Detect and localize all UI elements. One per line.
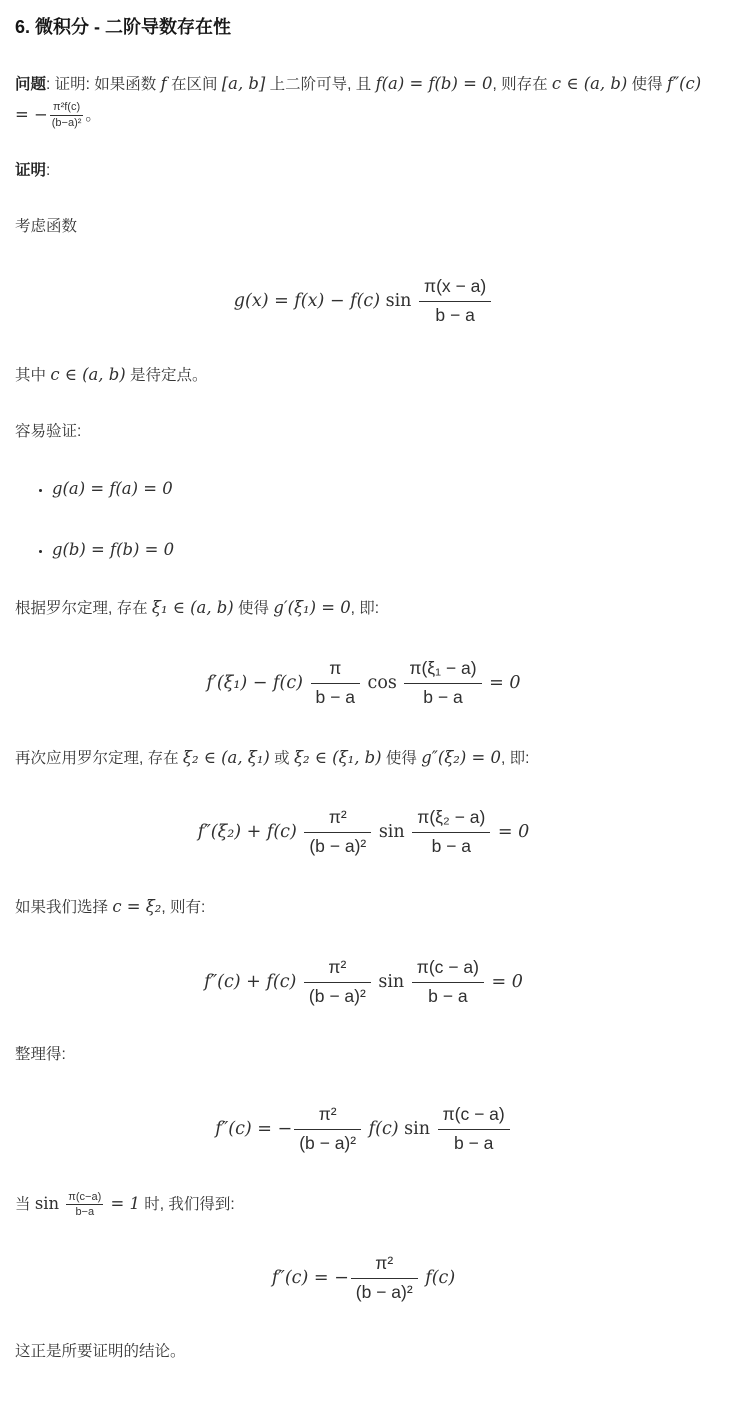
math-segment: f(c) <box>420 1268 456 1288</box>
math-segment: f′(ξ₁) − f(c) <box>206 673 308 693</box>
math-segment: f″(c) = − <box>272 1268 349 1288</box>
fraction: π(ξ₂ − a)b − a <box>412 807 490 858</box>
math-segment: = 0 <box>486 972 523 992</box>
fraction-denominator: (b − a)² <box>304 833 371 858</box>
math-segment: cos <box>362 673 402 693</box>
equation-substitute-c: f″(c) + f(c) π²(b − a)² sin π(c − a)b − … <box>15 957 712 1008</box>
list-item-ga: g(a) = f(a) = 0 <box>52 474 712 505</box>
proof-document: 6. 微积分 - 二阶导数存在性 问题: 证明: 如果函数 f 在区间 [a, … <box>0 0 730 1412</box>
easy-verify-text: 容易验证: <box>15 418 712 447</box>
fraction-denominator: b − a <box>412 983 484 1008</box>
math-segment: sin <box>373 972 410 992</box>
fraction-denominator: b − a <box>311 684 360 709</box>
fraction-denominator: (b−a)² <box>50 116 84 130</box>
verification-list: g(a) = f(a) = 0 g(b) = f(b) = 0 <box>15 474 712 566</box>
math-segment: g(b) = f(b) = 0 <box>52 540 174 559</box>
fraction-numerator: π² <box>351 1253 418 1279</box>
proof-label: 证明: <box>15 157 712 186</box>
math-segment: ξ₁ ∈ (a, b) <box>152 598 234 617</box>
text-segment: 其中 <box>15 367 50 384</box>
fraction: π(ξ₁ − a)b − a <box>404 658 481 709</box>
text-segment: : <box>46 162 50 179</box>
conclusion-text: 这正是所要证明的结论。 <box>15 1338 712 1367</box>
math-segment: sin <box>386 291 417 311</box>
fraction-numerator: π(c − a) <box>438 1104 510 1130</box>
text-segment: 整理得: <box>15 1046 66 1063</box>
text-segment: 使得 <box>382 750 422 767</box>
fraction-denominator: (b − a)² <box>294 1130 361 1155</box>
section-title: 6. 微积分 - 二阶导数存在性 <box>15 13 712 39</box>
text-segment: 证明 <box>15 162 46 179</box>
fraction-denominator: b − a <box>438 1130 510 1155</box>
sin-condition-text: 当 sin π(c−a)b−a = 1 时, 我们得到: <box>15 1189 712 1220</box>
math-segment: = 0 <box>492 822 529 842</box>
text-segment: 根据罗尔定理, 存在 <box>15 600 152 617</box>
math-segment: sin <box>404 1119 435 1139</box>
math-segment: c ∈ (a, b) <box>50 365 125 384</box>
equation-second-derivative: f″(ξ₂) + f(c) π²(b − a)² sin π(ξ₂ − a)b … <box>15 807 712 858</box>
simplify-text: 整理得: <box>15 1041 712 1070</box>
math-segment: ξ₂ ∈ (ξ₁, b) <box>294 748 382 767</box>
text-segment: 使得 <box>234 600 274 617</box>
text-segment: 是待定点。 <box>126 367 208 384</box>
fraction-numerator: π(c − a) <box>412 957 484 983</box>
text-segment: , 则有: <box>161 899 205 916</box>
math-segment: sin <box>35 1194 64 1213</box>
fraction-numerator: π <box>311 658 360 684</box>
fraction: π(c − a)b − a <box>438 1104 510 1155</box>
fraction-denominator: (b − a)² <box>351 1279 418 1304</box>
equation-final-result: f″(c) = −π²(b − a)² f(c) <box>15 1253 712 1304</box>
text-segment: , 则存在 <box>493 76 552 93</box>
fraction: π²f(c)(b−a)² <box>50 101 84 129</box>
math-segment: = 0 <box>484 673 521 693</box>
text-segment: 上二阶可导, 且 <box>265 76 375 93</box>
fraction: π(x − a)b − a <box>419 276 491 327</box>
fraction: π²(b − a)² <box>294 1104 361 1155</box>
fraction-numerator: π² <box>304 957 371 983</box>
math-segment: f″(c) + f(c) <box>204 972 302 992</box>
where-c-text: 其中 c ∈ (a, b) 是待定点。 <box>15 360 712 391</box>
fraction: π²(b − a)² <box>304 807 371 858</box>
fraction-numerator: π(ξ₁ − a) <box>404 658 481 684</box>
fraction-denominator: b − a <box>419 302 491 327</box>
consider-function-text: 考虑函数 <box>15 213 712 242</box>
fraction: π²(b − a)² <box>304 957 371 1008</box>
text-segment: 当 <box>15 1196 35 1213</box>
text-segment: 考虑函数 <box>15 218 77 235</box>
text-segment: : 证明: 如果函数 <box>46 76 161 93</box>
math-segment: g(a) = f(a) = 0 <box>52 479 173 498</box>
math-segment: ξ₂ ∈ (a, ξ₁) <box>183 748 270 767</box>
text-segment: 这正是所要证明的结论。 <box>15 1343 186 1360</box>
fraction-denominator: b − a <box>412 833 490 858</box>
math-segment: sin <box>373 822 410 842</box>
fraction: π²(b − a)² <box>351 1253 418 1304</box>
text-segment: 容易验证: <box>15 423 81 440</box>
text-segment: 或 <box>270 750 294 767</box>
text-segment: 在区间 <box>167 76 222 93</box>
problem-statement: 问题: 证明: 如果函数 f 在区间 [a, b] 上二阶可导, 且 f(a) … <box>15 69 712 130</box>
math-segment: f(a) = f(b) = 0 <box>376 74 493 93</box>
fraction: π(c−a)b−a <box>66 1191 103 1219</box>
fraction: πb − a <box>311 658 360 709</box>
text-segment: 使得 <box>627 76 667 93</box>
math-segment: f(c) <box>363 1119 404 1139</box>
text-segment: 再次应用罗尔定理, 存在 <box>15 750 183 767</box>
fraction-denominator: (b − a)² <box>304 983 371 1008</box>
rolle-first-text: 根据罗尔定理, 存在 ξ₁ ∈ (a, b) 使得 g′(ξ₁) = 0, 即: <box>15 593 712 624</box>
text-segment: , 即: <box>501 750 529 767</box>
fraction-denominator: b−a <box>66 1205 103 1219</box>
text-segment: 。 <box>85 107 101 124</box>
choose-c-text: 如果我们选择 c = ξ₂, 则有: <box>15 892 712 923</box>
math-segment: [a, b] <box>222 74 266 93</box>
math-segment: c ∈ (a, b) <box>552 74 627 93</box>
fraction-denominator: b − a <box>404 684 481 709</box>
math-segment: = 1 <box>105 1194 140 1213</box>
math-segment: f″(ξ₂) + f(c) <box>198 822 303 842</box>
math-segment: g′(ξ₁) = 0 <box>273 598 350 617</box>
rolle-second-text: 再次应用罗尔定理, 存在 ξ₂ ∈ (a, ξ₁) 或 ξ₂ ∈ (ξ₁, b)… <box>15 743 712 774</box>
fraction-numerator: π(x − a) <box>419 276 491 302</box>
math-segment: f″(c) = − <box>215 1119 292 1139</box>
math-segment: c = ξ₂ <box>112 897 161 916</box>
list-item-gb: g(b) = f(b) = 0 <box>52 535 712 566</box>
fraction-numerator: π(ξ₂ − a) <box>412 807 490 833</box>
fraction-numerator: π² <box>294 1104 361 1130</box>
math-segment: g(x) = f(x) − f(c) <box>234 291 386 311</box>
text-segment: 如果我们选择 <box>15 899 112 916</box>
equation-rearranged: f″(c) = −π²(b − a)² f(c) sin π(c − a)b −… <box>15 1104 712 1155</box>
fraction-numerator: π(c−a) <box>66 1191 103 1206</box>
equation-first-derivative: f′(ξ₁) − f(c) πb − a cos π(ξ₁ − a)b − a … <box>15 658 712 709</box>
fraction: π(c − a)b − a <box>412 957 484 1008</box>
fraction-numerator: π²f(c) <box>50 101 84 116</box>
text-segment: 时, 我们得到: <box>140 1196 235 1213</box>
equation-g-definition: g(x) = f(x) − f(c) sin π(x − a)b − a <box>15 276 712 327</box>
text-segment: , 即: <box>351 600 379 617</box>
text-segment: 问题 <box>15 76 46 93</box>
math-segment: g″(ξ₂) = 0 <box>421 748 501 767</box>
fraction-numerator: π² <box>304 807 371 833</box>
